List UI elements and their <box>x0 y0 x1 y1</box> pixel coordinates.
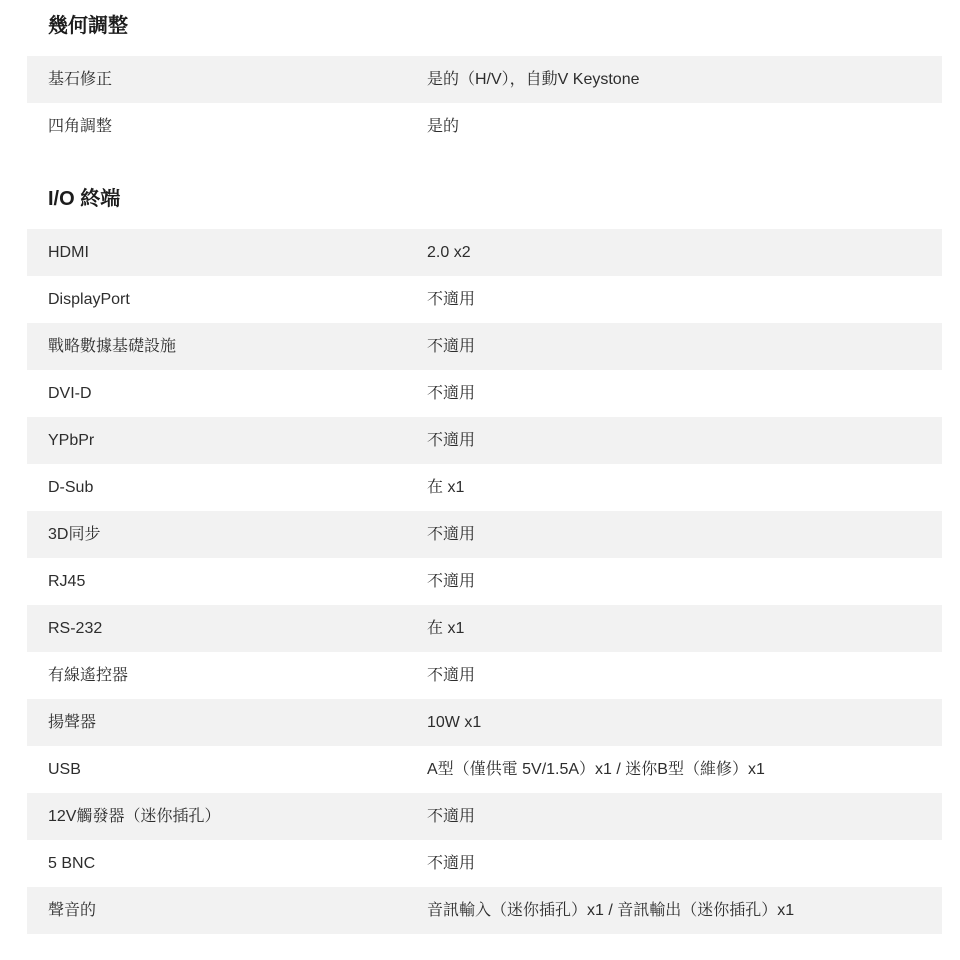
spec-label: D-Sub <box>27 477 427 499</box>
spec-row: 5 BNC不適用 <box>27 840 942 887</box>
spec-label: HDMI <box>27 242 427 264</box>
spec-row: DVI-D不適用 <box>27 370 942 417</box>
spec-page: 幾何調整基石修正是的（H/V），自動V Keystone四角調整是的I/O 終端… <box>0 0 960 934</box>
spec-section-0: 幾何調整基石修正是的（H/V），自動V Keystone四角調整是的 <box>27 12 942 150</box>
spec-label: 12V觸發器（迷你插孔） <box>27 806 427 828</box>
spec-value: 不適用 <box>427 336 942 358</box>
spec-value: 音訊輸入（迷你插孔）x1 / 音訊輸出（迷你插孔）x1 <box>427 900 942 922</box>
spec-label: 聲音的 <box>27 900 427 922</box>
section-title: I/O 終端 <box>27 185 942 213</box>
spec-row: D-Sub在 x1 <box>27 464 942 511</box>
spec-row: 四角調整是的 <box>27 103 942 150</box>
section-title: 幾何調整 <box>27 12 942 40</box>
spec-row: RJ45不適用 <box>27 558 942 605</box>
spec-row: 戰略數據基礎設施不適用 <box>27 323 942 370</box>
spec-label: 揚聲器 <box>27 712 427 734</box>
spec-label: RS-232 <box>27 618 427 640</box>
spec-value: 在 x1 <box>427 477 942 499</box>
spec-label: 四角調整 <box>27 116 427 138</box>
spec-row: YPbPr不適用 <box>27 417 942 464</box>
spec-row: RS-232在 x1 <box>27 605 942 652</box>
spec-value: 不適用 <box>427 571 942 593</box>
spec-row: USBA型（僅供電 5V/1.5A）x1 / 迷你B型（維修）x1 <box>27 746 942 793</box>
spec-row: 12V觸發器（迷你插孔）不適用 <box>27 793 942 840</box>
spec-value: 不適用 <box>427 524 942 546</box>
spec-row: 聲音的音訊輸入（迷你插孔）x1 / 音訊輸出（迷你插孔）x1 <box>27 887 942 934</box>
spec-label: RJ45 <box>27 571 427 593</box>
spec-row: HDMI2.0 x2 <box>27 229 942 276</box>
spec-table: HDMI2.0 x2DisplayPort不適用戰略數據基礎設施不適用DVI-D… <box>27 229 942 934</box>
spec-value: 不適用 <box>427 853 942 875</box>
spec-value: 在 x1 <box>427 618 942 640</box>
spec-value: 不適用 <box>427 665 942 687</box>
spec-label: 5 BNC <box>27 853 427 875</box>
spec-section-1: I/O 終端HDMI2.0 x2DisplayPort不適用戰略數據基礎設施不適… <box>27 185 942 934</box>
spec-value: A型（僅供電 5V/1.5A）x1 / 迷你B型（維修）x1 <box>427 759 942 781</box>
spec-value: 不適用 <box>427 383 942 405</box>
spec-label: 戰略數據基礎設施 <box>27 336 427 358</box>
spec-label: 有線遙控器 <box>27 665 427 687</box>
spec-value: 不適用 <box>427 289 942 311</box>
spec-row: DisplayPort不適用 <box>27 276 942 323</box>
spec-table: 基石修正是的（H/V），自動V Keystone四角調整是的 <box>27 56 942 150</box>
spec-value: 是的 <box>427 116 942 138</box>
spec-value: 10W x1 <box>427 712 942 734</box>
spec-label: USB <box>27 759 427 781</box>
spec-label: YPbPr <box>27 430 427 452</box>
spec-value: 不適用 <box>427 430 942 452</box>
spec-label: DisplayPort <box>27 289 427 311</box>
spec-row: 3D同步不適用 <box>27 511 942 558</box>
spec-value: 2.0 x2 <box>427 242 942 264</box>
spec-label: 3D同步 <box>27 524 427 546</box>
spec-value: 不適用 <box>427 806 942 828</box>
spec-label: 基石修正 <box>27 69 427 91</box>
spec-value: 是的（H/V），自動V Keystone <box>427 69 942 91</box>
spec-row: 有線遙控器不適用 <box>27 652 942 699</box>
spec-row: 揚聲器10W x1 <box>27 699 942 746</box>
spec-row: 基石修正是的（H/V），自動V Keystone <box>27 56 942 103</box>
spec-label: DVI-D <box>27 383 427 405</box>
